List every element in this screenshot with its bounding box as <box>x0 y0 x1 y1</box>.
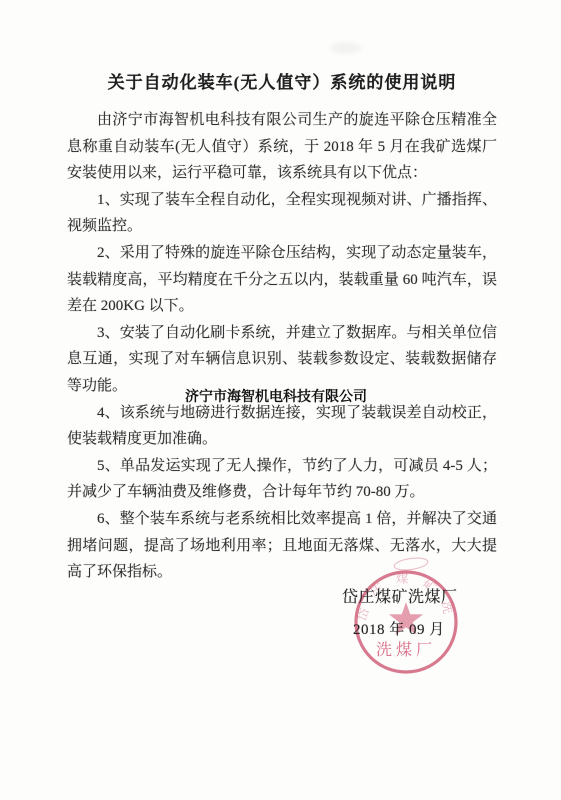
point-1-paragraph: 1、实现了装车全程自动化，全程实现视频对讲、广播指挥、视频监控。 <box>67 187 497 240</box>
scan-smudge <box>330 42 362 54</box>
point-4-paragraph: 4、该系统与地磅进行数据连接，实现了装载误差自动校正，使装载精度更加准确。 <box>67 400 497 453</box>
company-overlay-text: 济宁市海智机电科技有限公司 <box>185 386 367 406</box>
signature-org: 岱庄煤矿洗煤厂 <box>342 584 458 607</box>
official-stamp-seal: 岱庄煤矿洗煤厂 洗煤厂 <box>351 556 461 676</box>
stamp-smear-mark <box>393 556 428 572</box>
stamp-bottom-text: 洗煤厂 <box>376 641 436 659</box>
document-body: 关于自动化装车(无人值守）系统的使用说明 由济宁市海智机电科技有限公司生产的旋连… <box>67 71 497 586</box>
signature-date: 2018 年 09 月 <box>353 618 445 639</box>
point-2-paragraph: 2、采用了特殊的旋连平除仓压结构，实现了动态定量装车，装载精度高，平均精度在千分… <box>67 240 497 320</box>
point-5-paragraph: 5、单品发运实现了无人操作，节约了人力，可减员 4-5 人；并减少了车辆油费及维… <box>67 453 497 506</box>
scanned-document-page: 关于自动化装车(无人值守）系统的使用说明 由济宁市海智机电科技有限公司生产的旋连… <box>0 0 561 800</box>
intro-paragraph: 由济宁市海智机电科技有限公司生产的旋连平除仓压精准全息称重自动装车(无人值守）系… <box>67 107 497 187</box>
document-title: 关于自动化装车(无人值守）系统的使用说明 <box>67 71 497 95</box>
